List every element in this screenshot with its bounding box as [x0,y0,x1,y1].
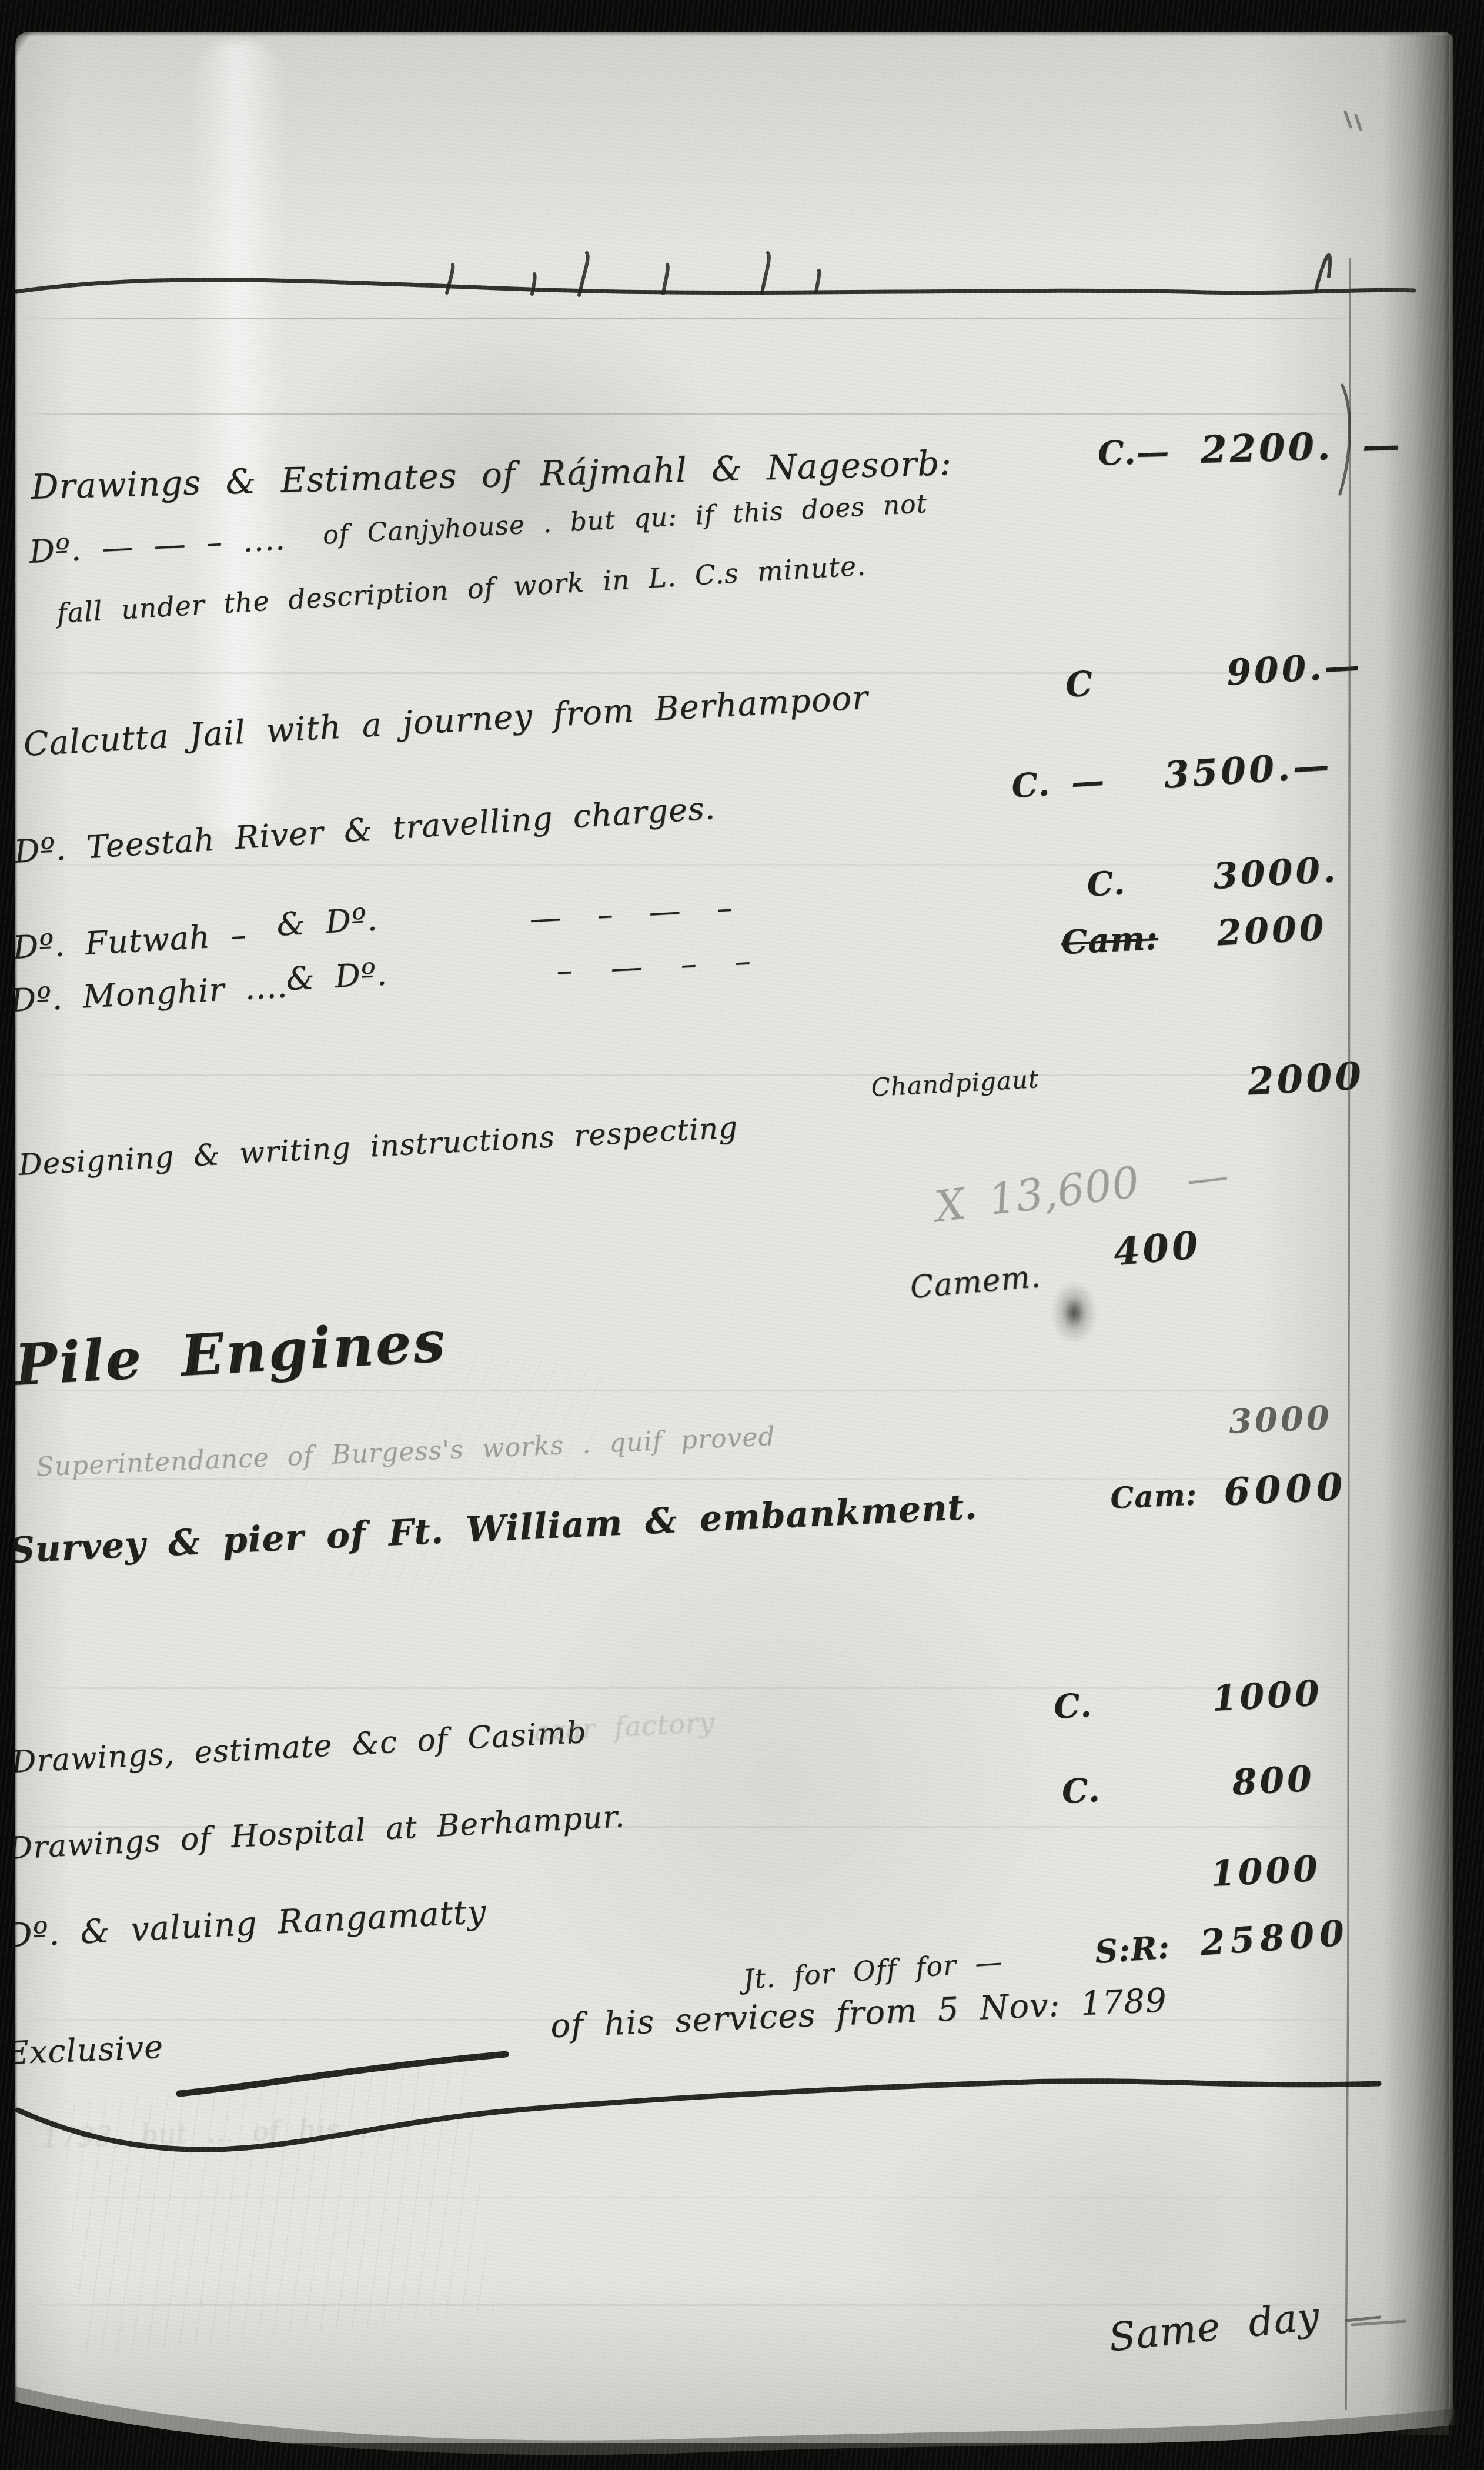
entry-casimb-abbr: C. [1052,1685,1093,1728]
entry-futwah-mid: & Dº. [276,899,379,944]
entry-futwah-abbr: C. [1086,862,1127,906]
entry-burgess-amount: 3000 [1228,1397,1333,1443]
entry-camem-amount: 400 [1112,1222,1203,1277]
entry-survey-abbr: Cam: [1109,1476,1198,1517]
paper [15,32,1453,2443]
entry-chandpigaut-amount: 2000 [1246,1053,1365,1106]
pencil-total-dash: — [1184,1149,1232,1206]
entry-jail-amount: 900.— [1225,644,1363,696]
entry-survey-amount: 6000 [1223,1464,1349,1516]
entry-jail-abbr: C [1064,662,1094,706]
entry-futwah-amount: 3000. [1212,848,1339,899]
entry-rajmahl-amount: 2200. — [1200,422,1403,474]
entry-teestah-amount: 3500.— [1162,742,1333,798]
entry-jt-total-abbr: S:R: [1094,1927,1171,1972]
entry-rajmahl-abbr: C.— [1097,431,1170,474]
entry-monghir-mid: & Dº. [285,954,388,999]
entry-rangamatty-amount: 1000 [1209,1847,1322,1897]
entry-monghir-amount: 2000 [1216,906,1328,956]
entry-casimb-amount: 1000 [1211,1671,1323,1721]
entry-hospital-amount: 800 [1231,1757,1316,1805]
entry-hospital-abbr: C. [1061,1770,1101,1813]
entry-teestah-abbr: C. — [1010,760,1106,807]
entry-exclusive-lead: Exclusive [5,2028,164,2072]
same-day-dash: — [1341,2290,1385,2342]
top-border-band [0,0,1484,36]
scanned-page: Drawings & Estimates of Rájmahl & Nageso… [0,0,1484,2470]
entry-monghir-abbr: Cam: [1060,917,1159,964]
